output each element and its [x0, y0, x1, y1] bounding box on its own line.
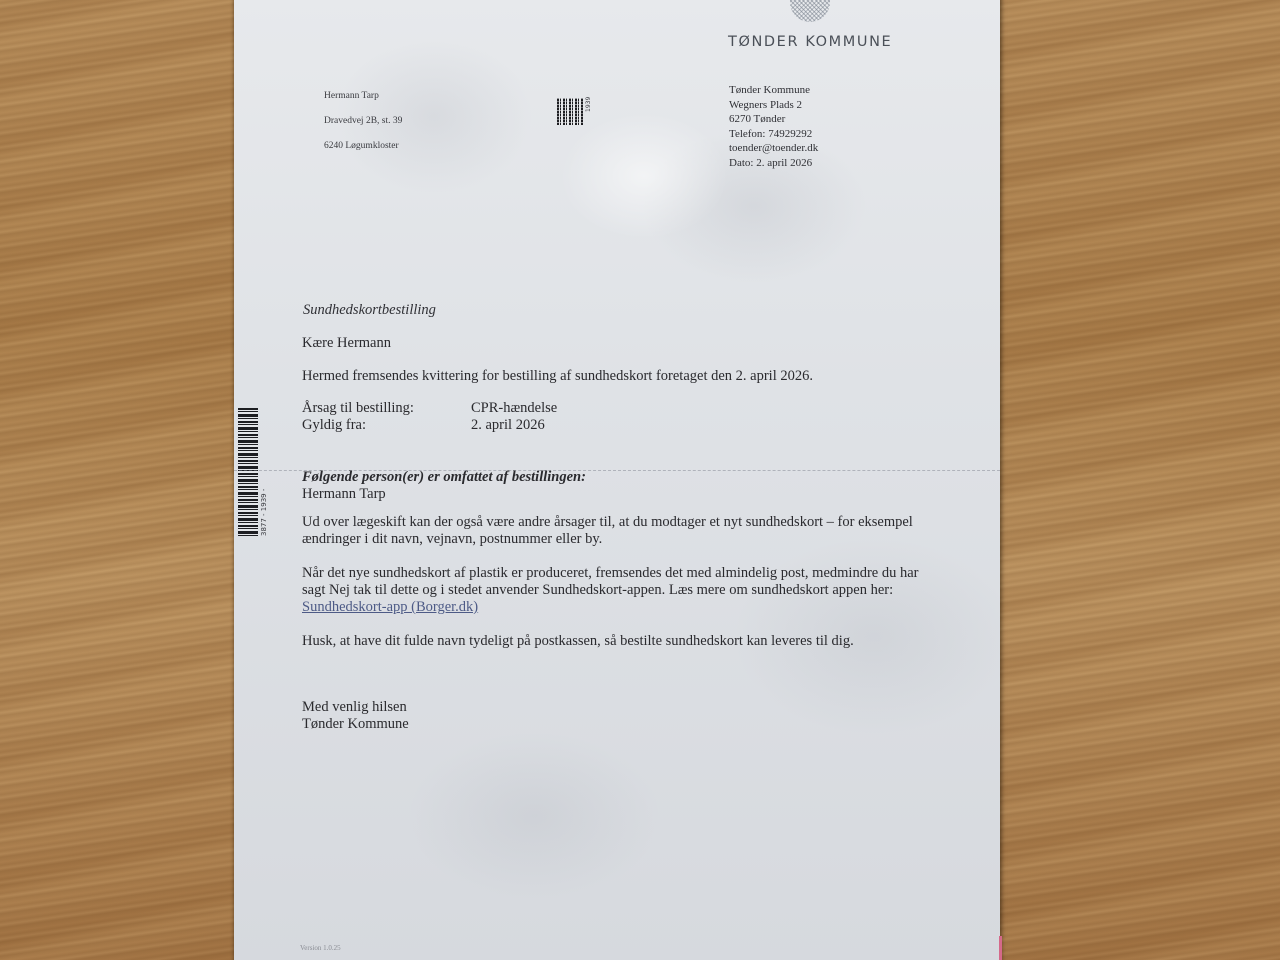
barcode-number: 3877 - 1939 - [260, 489, 268, 536]
fact-label: Gyldig fra: [302, 417, 471, 434]
datamatrix-number: 1939 [585, 97, 592, 112]
recipient-city: 6240 Løgumkloster [324, 141, 402, 166]
closing-signature: Tønder Kommune [302, 716, 409, 733]
paragraph-delivery: Når det nye sundhedskort af plastik er p… [302, 565, 922, 616]
recipient-street: Dravedvej 2B, st. 39 [324, 116, 402, 141]
sender-email: toender@toender.dk [729, 141, 818, 156]
sundhedskort-app-link[interactable]: Sundhedskort-app (Borger.dk) [302, 599, 478, 615]
persons-heading: Følgende person(er) er omfattet af besti… [302, 469, 586, 486]
fact-value: 2. april 2026 [471, 417, 545, 434]
barcode-icon [238, 408, 258, 536]
order-facts: Årsag til bestilling: CPR-hændelse Gyldi… [302, 400, 557, 434]
fact-row-valid-from: Gyldig fra: 2. april 2026 [302, 417, 557, 434]
person-name: Hermann Tarp [302, 486, 386, 503]
recipient-address-block: Hermann Tarp Dravedvej 2B, st. 39 6240 L… [324, 91, 402, 166]
closing-greeting: Med venlig hilsen [302, 699, 409, 716]
fact-row-reason: Årsag til bestilling: CPR-hændelse [302, 400, 557, 417]
paragraph-delivery-text: Når det nye sundhedskort af plastik er p… [302, 565, 918, 598]
datamatrix-code-icon [557, 98, 584, 125]
letter-intro: Hermed fremsendes kvittering for bestill… [302, 368, 813, 385]
pink-edge-accent [999, 936, 1002, 960]
paragraph-reasons: Ud over lægeskift kan der også være andr… [302, 514, 922, 548]
paragraph-mailbox: Husk, at have dit fulde navn tydeligt på… [302, 633, 922, 650]
sender-address-block: Tønder Kommune Wegners Plads 2 6270 Tønd… [729, 83, 818, 171]
sender-name: Tønder Kommune [729, 83, 818, 98]
letterhead-brand: TØNDER KOMMUNE [728, 34, 892, 50]
version-label: Version 1.0.25 [300, 944, 341, 952]
letter-paper: TØNDER KOMMUNE Tønder Kommune Wegners Pl… [234, 0, 1000, 960]
letter-subject: Sundhedskortbestilling [303, 302, 436, 319]
recipient-name: Hermann Tarp [324, 91, 402, 116]
fact-label: Årsag til bestilling: [302, 400, 471, 417]
sender-city: 6270 Tønder [729, 112, 818, 127]
sender-street: Wegners Plads 2 [729, 98, 818, 113]
sender-phone: Telefon: 74929292 [729, 127, 818, 142]
letter-date: Dato: 2. april 2026 [729, 156, 818, 171]
letter-salutation: Kære Hermann [302, 335, 391, 352]
municipal-crest-icon [790, 0, 830, 22]
closing-block: Med venlig hilsen Tønder Kommune [302, 699, 409, 733]
fact-value: CPR-hændelse [471, 400, 557, 417]
